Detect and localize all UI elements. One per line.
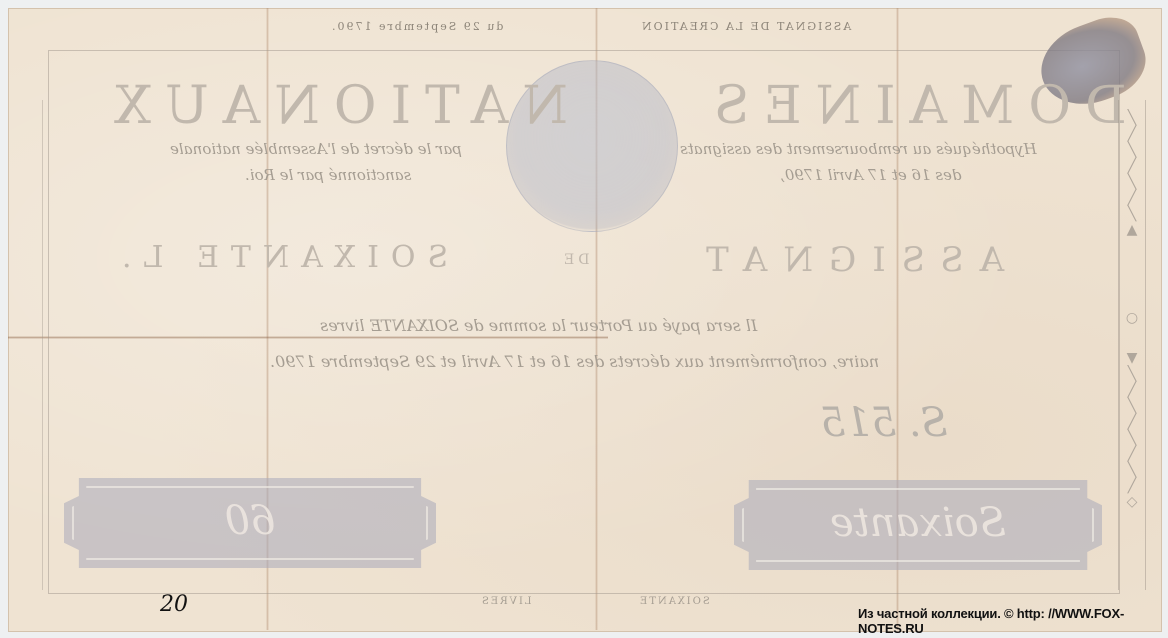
bottom-band-right-text: SOIXANTE <box>638 596 710 607</box>
circle-ornament: ○ <box>1123 310 1141 326</box>
subline-right-1: Hypothéqués au remboursement des assigna… <box>680 140 1037 158</box>
value-word: SOIXANTE L. <box>110 240 448 275</box>
subline-left-2: sanctionné par le Roi. <box>245 166 411 184</box>
decree-line: naire, conformément aux décrets des 16 e… <box>270 352 879 371</box>
cartouche-right-text: Soixante <box>734 500 1102 546</box>
zigzag-ornament-top: ╲╱╲╱╲╱╲▲ <box>1123 110 1141 238</box>
serial-mark: S. 515 <box>820 400 948 446</box>
cartouche-left-text: 60 <box>64 498 436 544</box>
pay-line: Il sera payé au Porteur la somme de SOIX… <box>320 316 757 335</box>
right-ornament-strip: ╲╱╲╱╲╱╲▲ ○ ▼╲╱╲╱╲╱╲╱◇ <box>1118 100 1146 590</box>
de-word: DE <box>560 252 589 268</box>
heading-domaines: DOMAINES <box>700 76 1127 136</box>
top-band-left-text: du 29 Septembre 1790. <box>330 20 503 33</box>
cartouche-right: Soixante <box>734 480 1102 570</box>
heading-nationaux: NATIONAUX <box>100 76 568 136</box>
top-band-right-text: ASSIGNAT DE LA CREATION <box>640 20 851 33</box>
left-ornament-strip <box>22 100 43 590</box>
handwritten-note: 20 <box>160 592 188 617</box>
bottom-band-left-text: LIVRES <box>480 596 532 607</box>
subline-right-2: des 16 et 17 Avril 1790, <box>780 166 962 184</box>
watermark-credit: Из частной коллекции. © http: //WWW.FOX-… <box>858 606 1168 636</box>
subline-left-1: par le décret de l'Assemblée nationale <box>170 140 462 158</box>
cartouche-left: 60 <box>64 478 436 568</box>
zigzag-ornament-bottom: ▼╲╱╲╱╲╱╲╱◇ <box>1123 350 1141 510</box>
assignat-word: ASSIGNAT <box>690 240 1004 280</box>
top-band: du 29 Septembre 1790. ASSIGNAT DE LA CRE… <box>40 12 1120 48</box>
